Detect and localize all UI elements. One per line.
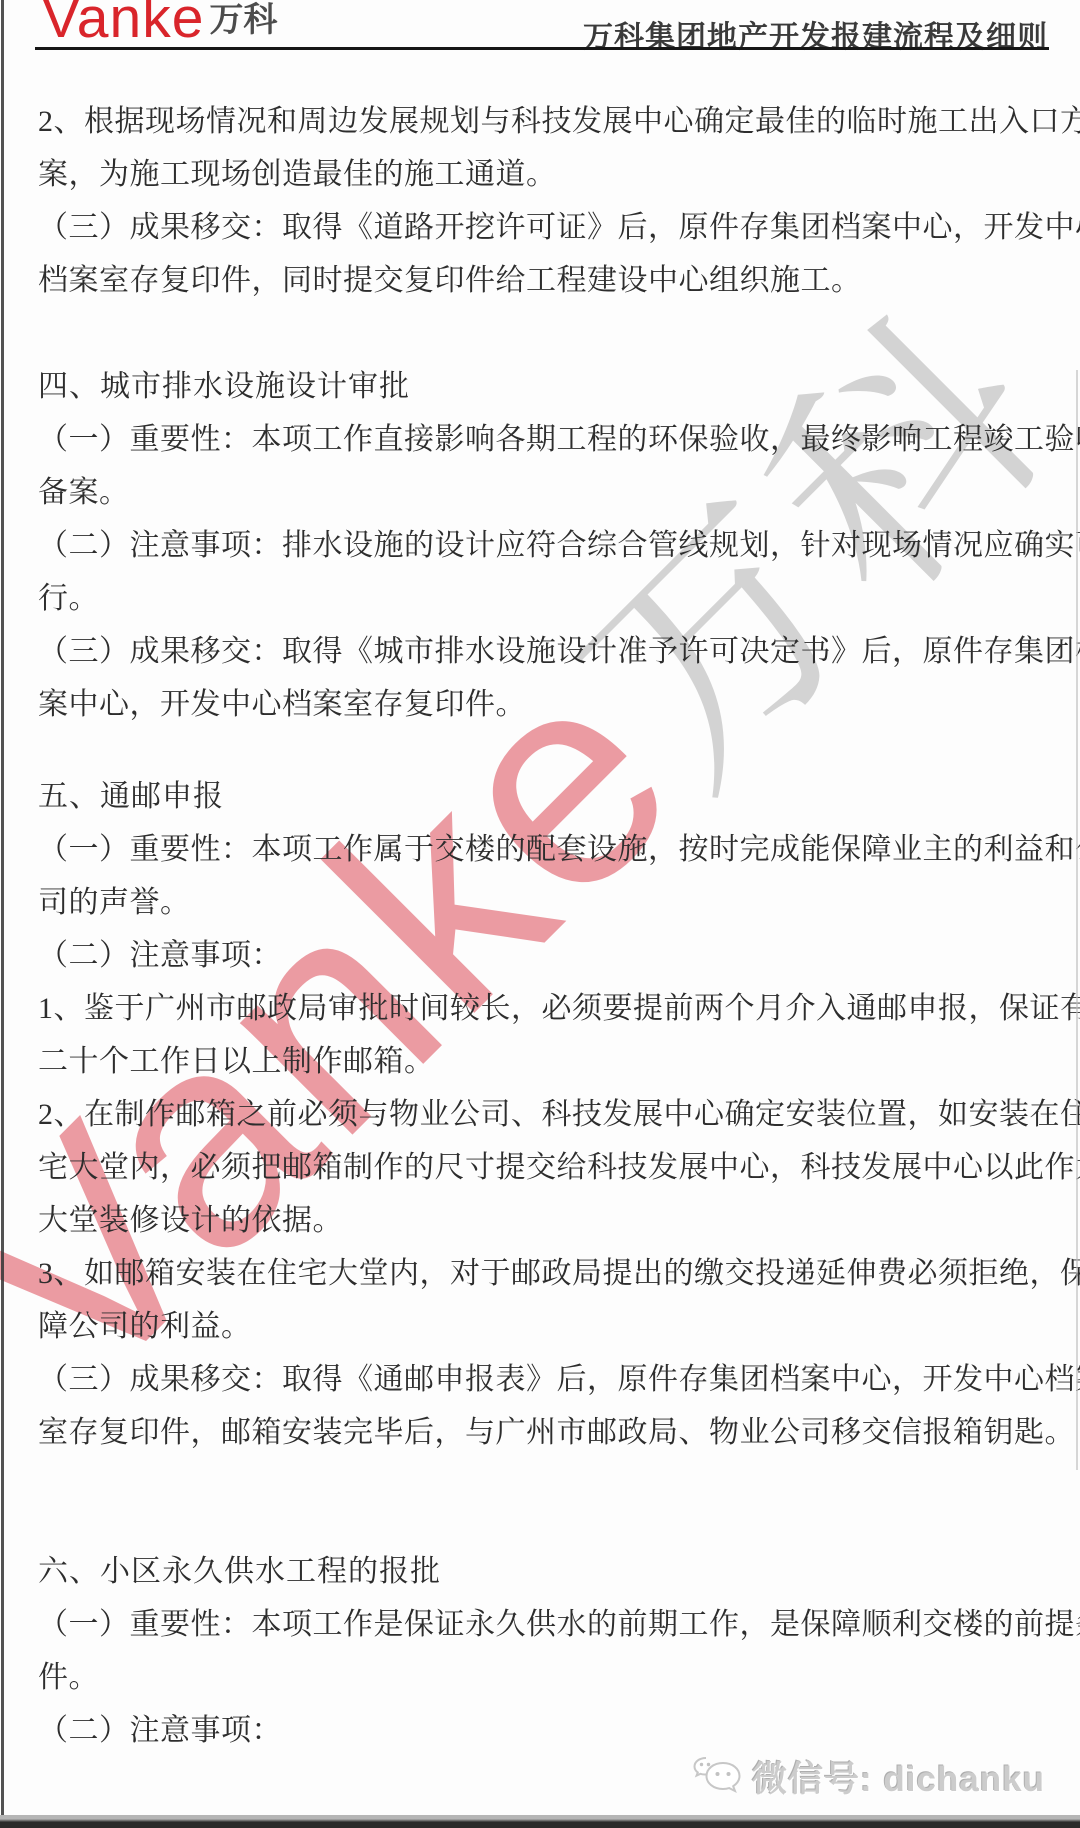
page-header: Vanke万科 万科集团地产开发报建流程及细则 [0, 0, 1080, 90]
scan-right-edge [1076, 370, 1078, 1470]
text-line: （一）重要性：本项工作直接影响各期工程的环保验收，最终影响工程竣工验收 [38, 413, 1048, 466]
vanke-logo-cjk: 万科 [209, 1, 277, 39]
paragraph: 2、在制作邮箱之前必须与物业公司、科技发展中心确定安装位置，如安装在住宅大堂内，… [38, 1088, 1048, 1247]
text-line: （二）注意事项： [38, 929, 1048, 982]
paragraph: （三）成果移交：取得《城市排水设施设计准予许可决定书》后，原件存集团档案中心，开… [38, 625, 1048, 731]
text-line: 四、城市排水设施设计审批 [38, 360, 1048, 413]
section-heading: 五、通邮申报 [38, 770, 1048, 823]
header-divider [35, 47, 1049, 50]
text-line: 件。 [38, 1651, 1048, 1704]
paragraph: （一）重要性：本项工作属于交楼的配套设施，按时完成能保障业主的利益和公司的声誉。 [38, 823, 1048, 929]
text-line: 案，为施工现场创造最佳的施工通道。 [38, 148, 1048, 201]
text-line: 行。 [38, 572, 1048, 625]
paragraph: （三）成果移交：取得《通邮申报表》后，原件存集团档案中心，开发中心档案室存复印件… [38, 1353, 1048, 1459]
text-line: （二）注意事项：排水设施的设计应符合综合管线规划，针对现场情况应确实可 [38, 519, 1048, 572]
text-line: （三）成果移交：取得《通邮申报表》后，原件存集团档案中心，开发中心档案 [38, 1353, 1048, 1406]
text-line: 宅大堂内，必须把邮箱制作的尺寸提交给科技发展中心，科技发展中心以此作为 [38, 1141, 1048, 1194]
wechat-stamp: 微信号: dichanku [692, 1752, 1045, 1802]
text-line: 六、小区永久供水工程的报批 [38, 1545, 1048, 1598]
text-line: 3、如邮箱安装在住宅大堂内，对于邮政局提出的缴交投递延伸费必须拒绝，保 [38, 1247, 1048, 1300]
text-line: 2、根据现场情况和周边发展规划与科技发展中心确定最佳的临时施工出入口方 [38, 95, 1048, 148]
text-line: 案中心，开发中心档案室存复印件。 [38, 678, 1048, 731]
section-heading: 六、小区永久供水工程的报批 [38, 1545, 1048, 1598]
paragraph: （一）重要性：本项工作直接影响各期工程的环保验收，最终影响工程竣工验收备案。 [38, 413, 1048, 519]
text-line: （三）成果移交：取得《道路开挖许可证》后，原件存集团档案中心，开发中心 [38, 201, 1048, 254]
paragraph: （二）注意事项： [38, 929, 1048, 982]
text-line: （一）重要性：本项工作是保证永久供水的前期工作，是保障顺利交楼的前提条 [38, 1598, 1048, 1651]
paragraph: （一）重要性：本项工作是保证永久供水的前期工作，是保障顺利交楼的前提条件。 [38, 1598, 1048, 1704]
text-line: 1、鉴于广州市邮政局审批时间较长，必须要提前两个月介入通邮申报，保证有 [38, 982, 1048, 1035]
paragraph: 1、鉴于广州市邮政局审批时间较长，必须要提前两个月介入通邮申报，保证有二十个工作… [38, 982, 1048, 1088]
paragraph: （三）成果移交：取得《道路开挖许可证》后，原件存集团档案中心，开发中心档案室存复… [38, 201, 1048, 307]
section-heading: 四、城市排水设施设计审批 [38, 360, 1048, 413]
text-line: 司的声誉。 [38, 876, 1048, 929]
vanke-logo: Vanke万科 [42, 0, 277, 51]
text-line: （二）注意事项： [38, 1704, 1048, 1757]
paragraph: （二）注意事项： [38, 1704, 1048, 1757]
text-line: 档案室存复印件，同时提交复印件给工程建设中心组织施工。 [38, 254, 1048, 307]
text-line: 障公司的利益。 [38, 1300, 1048, 1353]
wechat-id-label: 微信号: dichanku [752, 1752, 1045, 1802]
wechat-icon [692, 1755, 744, 1799]
document-body: 2、根据现场情况和周边发展规划与科技发展中心确定最佳的临时施工出入口方案，为施工… [38, 95, 1048, 1757]
text-line: 备案。 [38, 466, 1048, 519]
text-line: （三）成果移交：取得《城市排水设施设计准予许可决定书》后，原件存集团档 [38, 625, 1048, 678]
document-page: Vanke万科 Vanke万科 万科集团地产开发报建流程及细则 2、根据现场情况… [0, 0, 1080, 1828]
paragraph: （二）注意事项：排水设施的设计应符合综合管线规划，针对现场情况应确实可行。 [38, 519, 1048, 625]
scan-left-edge [1, 0, 4, 1822]
scan-bottom-edge [0, 1815, 1080, 1828]
text-line: 五、通邮申报 [38, 770, 1048, 823]
paragraph: 2、根据现场情况和周边发展规划与科技发展中心确定最佳的临时施工出入口方案，为施工… [38, 95, 1048, 201]
text-line: 二十个工作日以上制作邮箱。 [38, 1035, 1048, 1088]
text-line: 室存复印件，邮箱安装完毕后，与广州市邮政局、物业公司移交信报箱钥匙。 [38, 1406, 1048, 1459]
text-line: （一）重要性：本项工作属于交楼的配套设施，按时完成能保障业主的利益和公 [38, 823, 1048, 876]
paragraph: 3、如邮箱安装在住宅大堂内，对于邮政局提出的缴交投递延伸费必须拒绝，保障公司的利… [38, 1247, 1048, 1353]
vanke-logo-latin: Vanke [42, 0, 204, 50]
text-line: 2、在制作邮箱之前必须与物业公司、科技发展中心确定安装位置，如安装在住 [38, 1088, 1048, 1141]
text-line: 大堂装修设计的依据。 [38, 1194, 1048, 1247]
